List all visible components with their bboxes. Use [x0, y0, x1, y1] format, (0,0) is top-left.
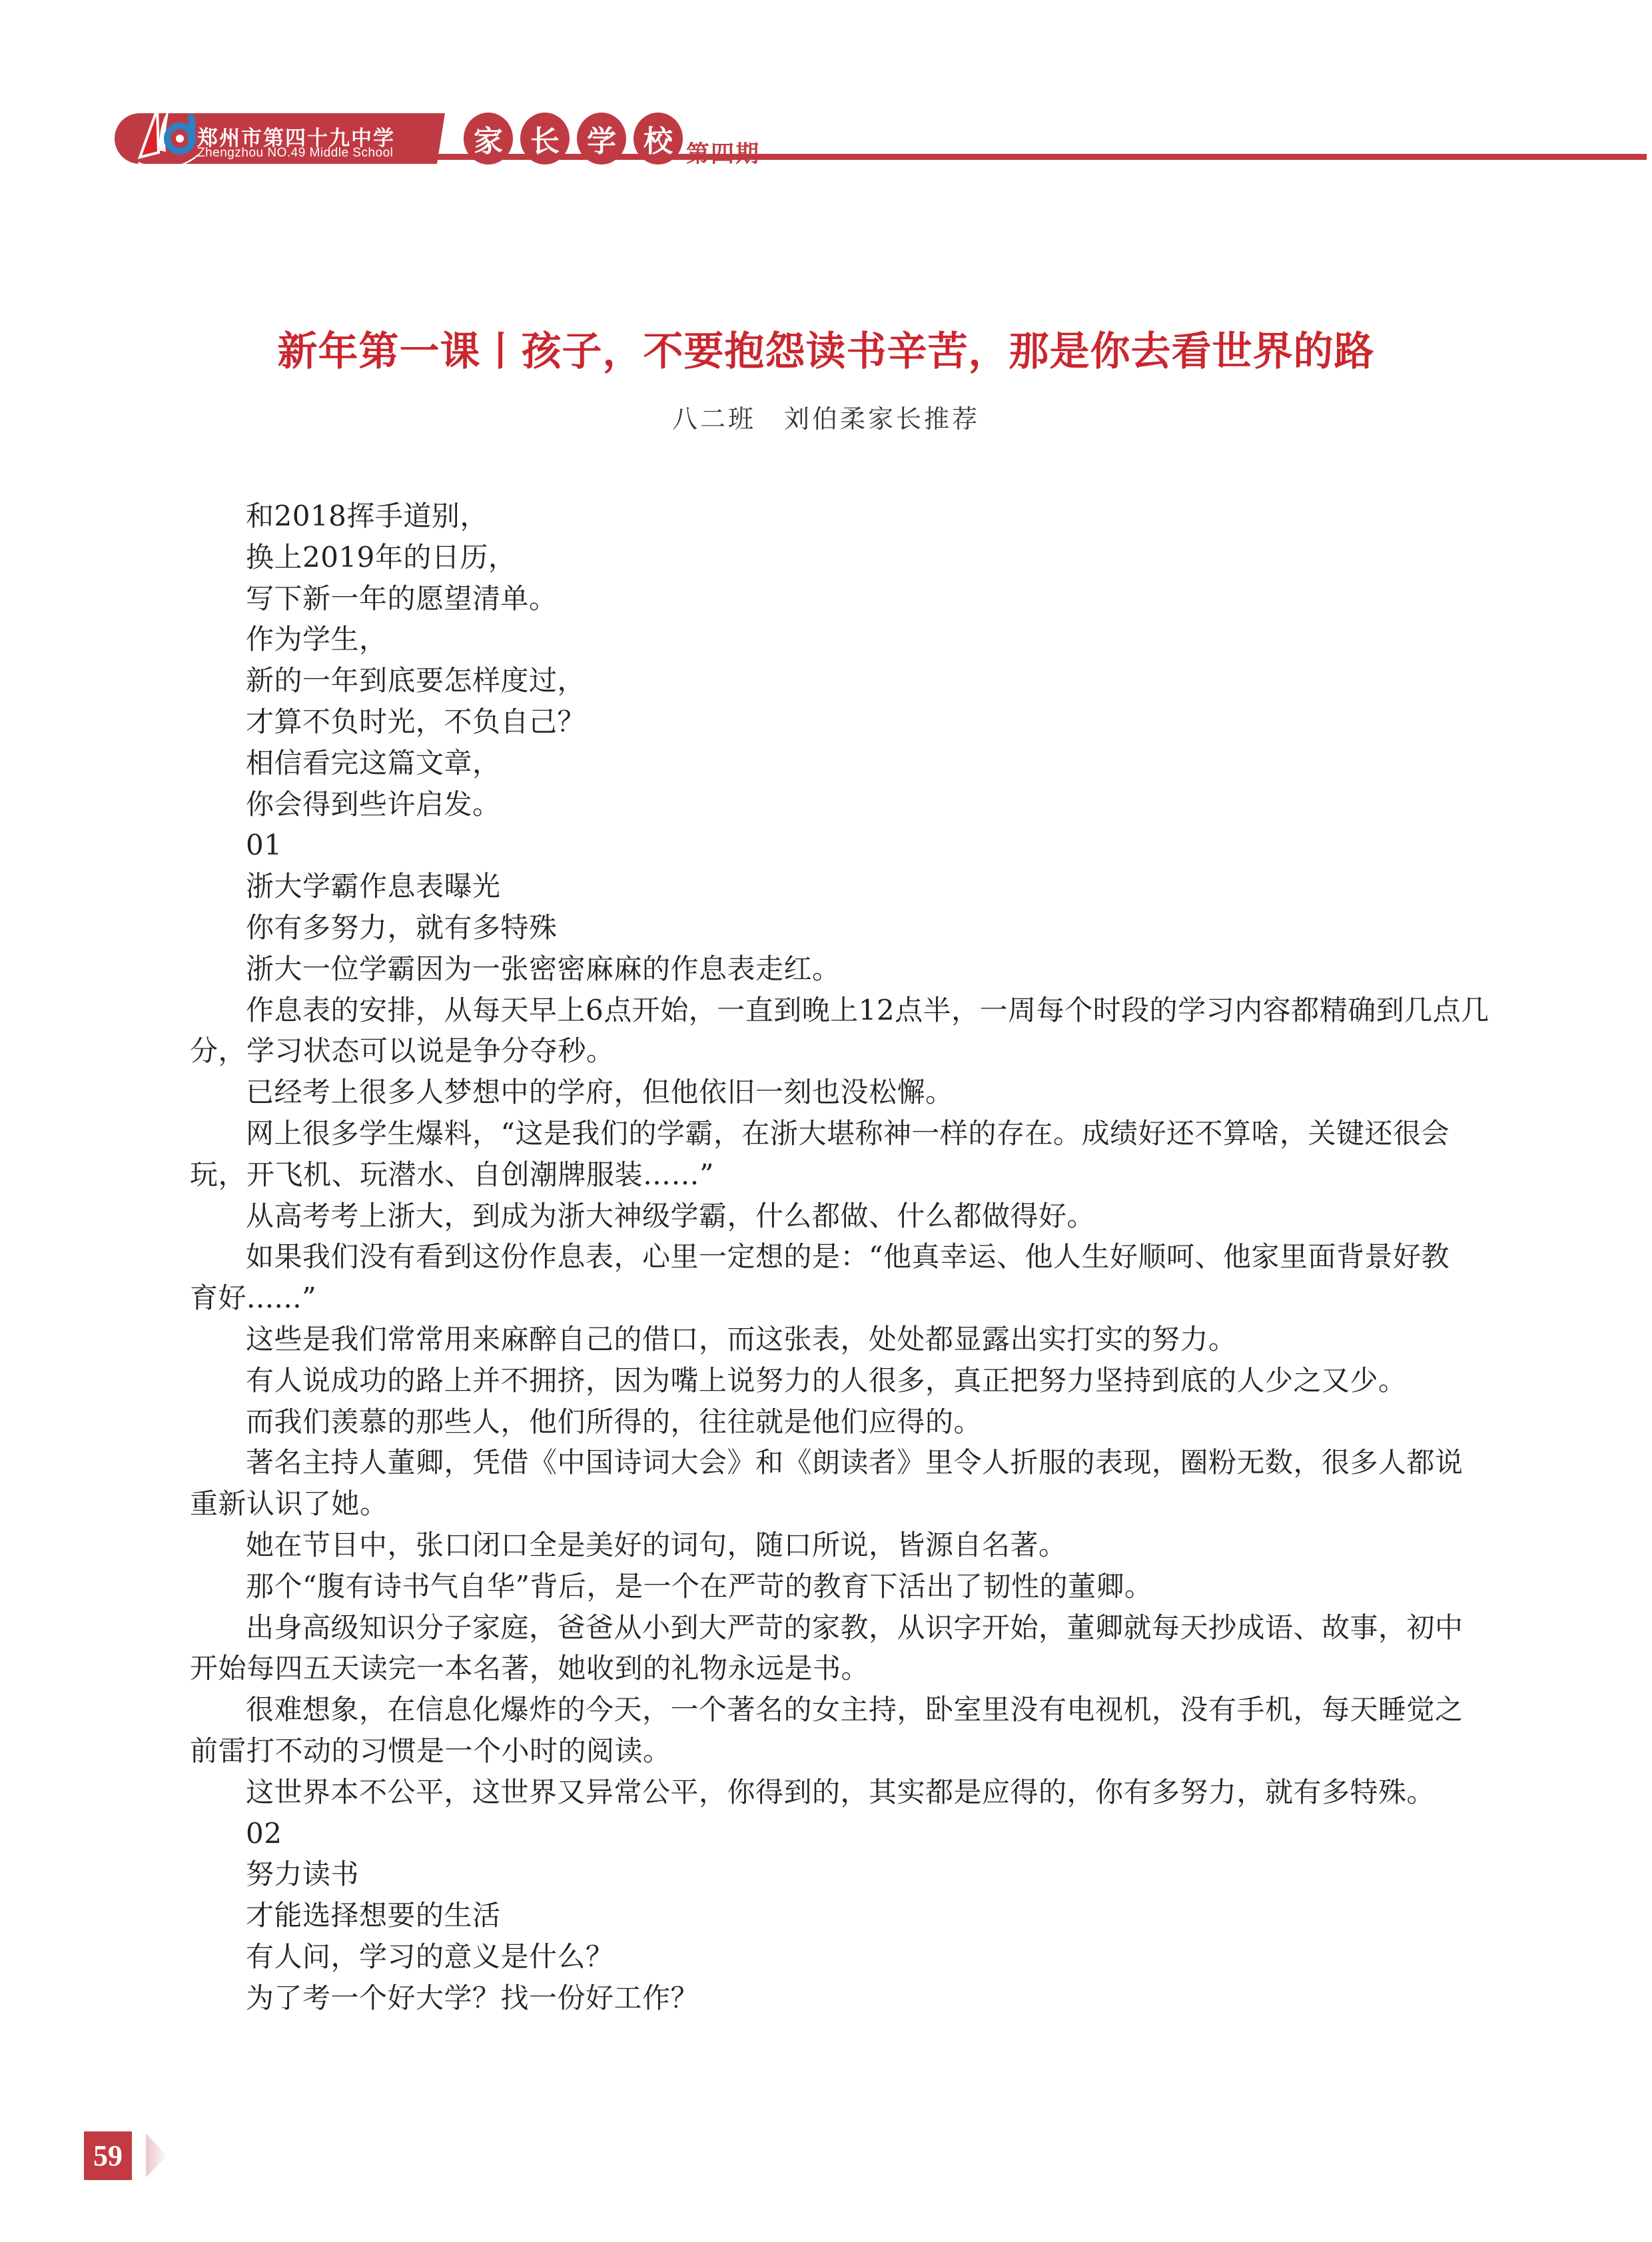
body-line: 这世界本不公平，这世界又异常公平，你得到的，其实都是应得的，你有多努力，就有多特… — [190, 1772, 1505, 1813]
body-line: 写下新一年的愿望清单。 — [190, 578, 1505, 619]
body-line: 01 — [190, 825, 1505, 866]
body-line: 你有多努力，就有多特殊 — [190, 907, 1505, 948]
article-byline: 八二班 刘伯柔家长推荐 — [0, 398, 1652, 435]
body-line: 才算不负时光，不负自己？ — [190, 701, 1505, 743]
body-line: 换上2019年的日历， — [190, 537, 1505, 578]
article-title: 新年第一课丨孩子，不要抱怨读书辛苦，那是你去看世界的路 — [0, 320, 1652, 377]
body-line: 很难想象，在信息化爆炸的今天，一个著名的女主持，卧室里没有电视机，没有手机，每天… — [190, 1689, 1505, 1730]
badge-row: 家长学校 — [464, 113, 683, 165]
body-line: 浙大一位学霸因为一张密密麻麻的作息表走红。 — [190, 948, 1505, 990]
body-line: 有人说成功的路上并不拥挤，因为嘴上说努力的人很多，真正把努力坚持到底的人少之又少… — [190, 1360, 1505, 1401]
body-line: 重新认识了她。 — [190, 1483, 1505, 1525]
body-line: 作为学生， — [190, 619, 1505, 660]
header-badge: 学 — [577, 113, 626, 165]
body-line: 02 — [190, 1813, 1505, 1854]
body-line: 这些是我们常常用来麻醉自己的借口，而这张表，处处都显露出实打实的努力。 — [190, 1319, 1505, 1360]
body-line: 新的一年到底要怎样度过， — [190, 660, 1505, 701]
body-line: 而我们羡慕的那些人，他们所得的，往往就是他们应得的。 — [190, 1401, 1505, 1443]
body-line: 那个“腹有诗书气自华”背后，是一个在严苛的教育下活出了韧性的董卿。 — [190, 1566, 1505, 1607]
body-line: 你会得到些许启发。 — [190, 784, 1505, 825]
body-line: 开始每四五天读完一本名著，她收到的礼物永远是书。 — [190, 1648, 1505, 1689]
body-line: 已经考上很多人梦想中的学府，但他依旧一刻也没松懈。 — [190, 1072, 1505, 1113]
body-line: 分，学习状态可以说是争分夺秒。 — [190, 1030, 1505, 1072]
body-line: 网上很多学生爆料，“这是我们的学霸，在浙大堪称神一样的存在。成绩好还不算啥，关键… — [190, 1113, 1505, 1154]
header-badge: 长 — [520, 113, 570, 165]
body-line: 有人问，学习的意义是什么？ — [190, 1936, 1505, 1978]
body-line: 作息表的安排，从每天早上6点开始，一直到晚上12点半，一周每个时段的学习内容都精… — [190, 990, 1505, 1031]
body-line: 出身高级知识分子家庭，爸爸从小到大严苛的家教，从识字开始，董卿就每天抄成语、故事… — [190, 1607, 1505, 1649]
article-body: 和2018挥手道别，换上2019年的日历，写下新一年的愿望清单。作为学生，新的一… — [190, 496, 1505, 2018]
body-line: 从高考考上浙大，到成为浙大神级学霸，什么都做、什么都做得好。 — [190, 1196, 1505, 1237]
body-line: 如果我们没有看到这份作息表，心里一定想的是：“他真幸运、他人生好顺呵、他家里面背… — [190, 1236, 1505, 1278]
magazine-page: 郑州市第四十九中学 Zhengzhou NO.49 Middle School … — [0, 0, 1652, 2242]
body-line: 育好......” — [190, 1278, 1505, 1319]
body-line: 浙大学霸作息表曝光 — [190, 866, 1505, 907]
body-line: 相信看完这篇文章， — [190, 743, 1505, 784]
body-line: 她在节目中，张口闭口全是美好的词句，随口所说，皆源自名著。 — [190, 1525, 1505, 1566]
page-number-badge: 59 — [84, 2131, 132, 2180]
school-name-en: Zhengzhou NO.49 Middle School — [197, 146, 437, 161]
body-line: 为了考一个好大学？找一份好工作？ — [190, 1978, 1505, 2019]
body-line: 努力读书 — [190, 1854, 1505, 1895]
body-line: 和2018挥手道别， — [190, 496, 1505, 537]
issue-label: 第四期 — [686, 136, 760, 169]
body-line: 玩，开飞机、玩潜水、自创潮牌服装……” — [190, 1154, 1505, 1196]
body-line: 前雷打不动的习惯是一个小时的阅读。 — [190, 1730, 1505, 1772]
header-badge: 校 — [633, 113, 683, 165]
body-line: 著名主持人董卿，凭借《中国诗词大会》和《朗读者》里令人折服的表现，圈粉无数，很多… — [190, 1442, 1505, 1483]
header-badge: 家 — [464, 113, 513, 165]
body-line: 才能选择想要的生活 — [190, 1895, 1505, 1936]
page-number-arrow-icon — [146, 2133, 167, 2177]
